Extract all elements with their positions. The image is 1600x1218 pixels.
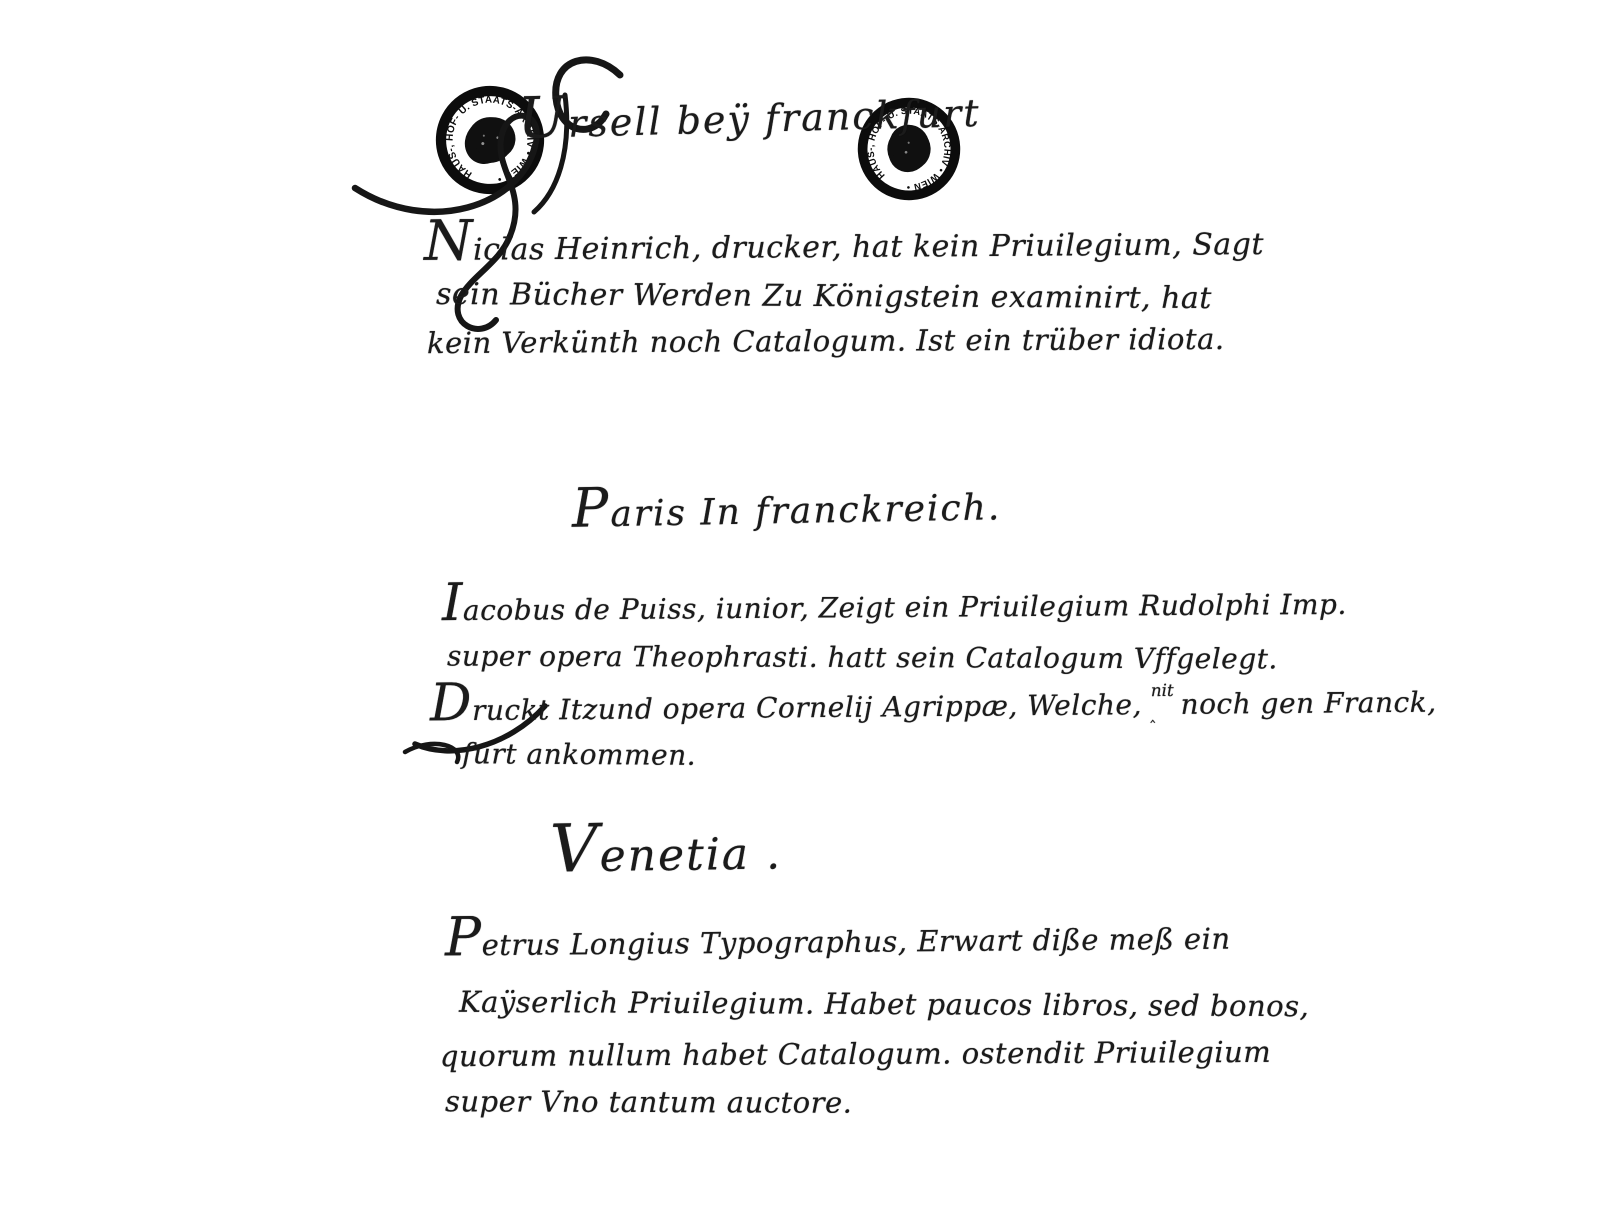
manuscript-line: sein Bücher Werden Zu Königstein examini… (436, 280, 1212, 314)
section-heading-ursell: Ursell beÿ franckfurt (518, 94, 981, 144)
manuscript-line: super opera Theophrasti. hatt sein Catal… (447, 643, 1278, 674)
insertion-caret-mark: ‸ (1150, 705, 1156, 723)
line-text-before-insertion: Druckt Itzund opera Cornelij Agrippæ, We… (430, 688, 1142, 727)
manuscript-line: furt ankommen. (462, 740, 696, 770)
coat-of-arms-emblem (457, 108, 523, 175)
manuscript-line: kein Verkünth noch Catalogum. Ist ein tr… (427, 325, 1225, 358)
manuscript-line: Iacobus de Puiss, iunior, Zeigt ein Priu… (442, 591, 1347, 625)
manuscript-line: quorum nullum habet Catalogum. ostendit … (440, 1038, 1271, 1071)
line-text-after-insertion: noch gen Franck, (1180, 686, 1436, 721)
section-heading-venetia: Venetia . (550, 832, 783, 879)
manuscript-line: super Vno tantum auctore. (445, 1087, 853, 1117)
manuscript-line: Niclas Heinrich, drucker, hat kein Priui… (424, 230, 1264, 266)
section-heading-paris: Paris In franckreich. (572, 490, 1002, 533)
interlinear-insertion: nit (1151, 680, 1174, 700)
manuscript-line: Kaÿserlich Priuilegium. Habet paucos lib… (459, 988, 1309, 1021)
manuscript-line: Petrus Longius Typographus, Erwart diße … (445, 925, 1231, 961)
manuscript-line-with-insertion: Druckt Itzund opera Cornelij Agrippæ, We… (430, 689, 1437, 730)
manuscript-page: HAUS-, HOF- U. STAATS-ARCHIV • WIEN • HA… (0, 0, 1600, 1218)
